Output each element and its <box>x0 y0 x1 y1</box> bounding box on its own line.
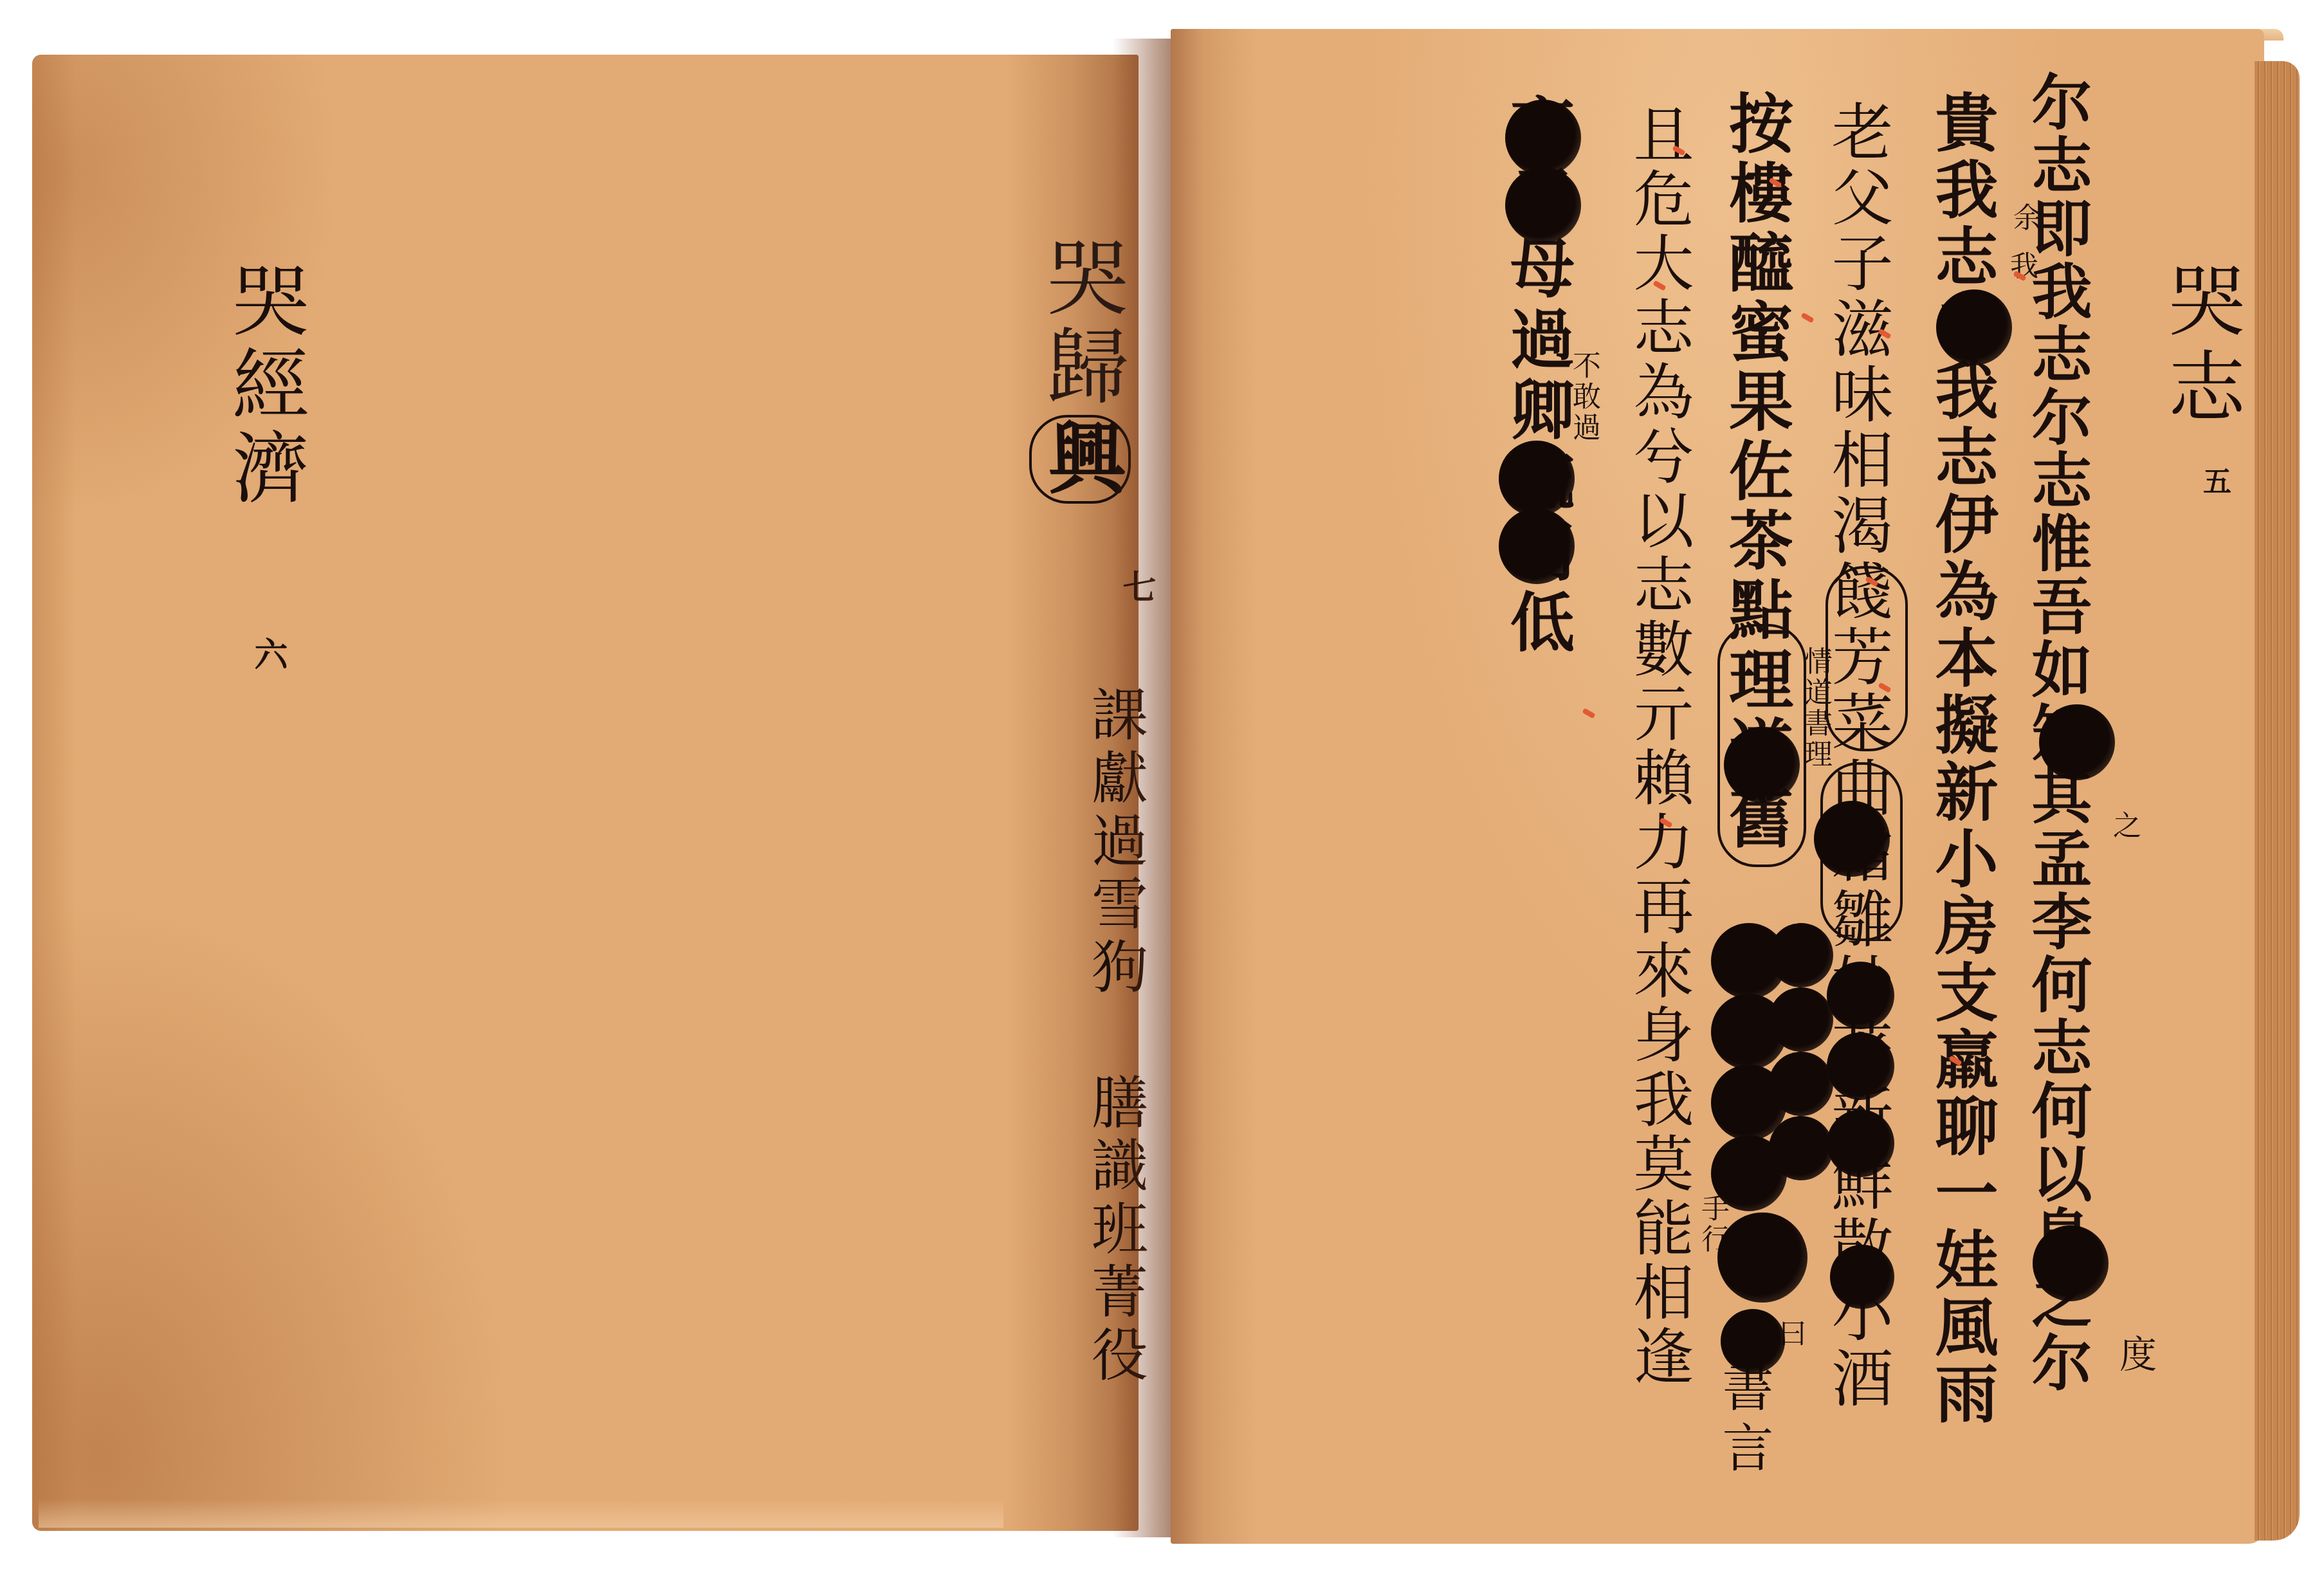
water-stain <box>39 1499 1003 1528</box>
ink-blot <box>1827 1032 1894 1100</box>
ink-blot <box>1830 1245 1894 1309</box>
left-page-number: 六 <box>251 637 284 670</box>
page-stack-edge <box>2255 61 2300 1541</box>
annotation-zhi: 之 <box>2110 810 2138 841</box>
right-page-heading: 哭志 <box>2161 261 2238 433</box>
annotation-du: 度 <box>2116 1335 2154 1376</box>
ink-blot <box>1769 987 1833 1052</box>
ink-blot <box>1769 1052 1833 1116</box>
ink-blot <box>1936 289 2012 365</box>
ink-blot <box>2039 704 2115 780</box>
ink-blot <box>1724 727 1800 803</box>
text-column-7: 書言 <box>1717 1360 1769 1481</box>
ink-blot <box>1769 923 1833 987</box>
ink-blot <box>1827 1110 1894 1177</box>
ink-blot <box>2033 1225 2109 1301</box>
ink-blot <box>1827 962 1894 1029</box>
circled-group-1 <box>1825 566 1908 751</box>
left-page-title: 哭經濟 <box>225 261 302 511</box>
margin-heading: 哭歸 <box>1039 235 1121 412</box>
right-page-number: 五 <box>2200 466 2228 495</box>
red-mark <box>1582 708 1595 719</box>
ink-blot <box>1499 441 1575 517</box>
annotation-yu: 余 <box>2010 203 2038 233</box>
ink-blot <box>1499 508 1575 584</box>
text-column-3: 老父子滋味相渴餞芳菜曲霜雛妙著新鮮散小酒 <box>1827 100 1889 1412</box>
ink-blot <box>1721 1309 1785 1373</box>
ink-blot <box>1505 100 1581 176</box>
ink-blot <box>1814 801 1890 877</box>
ink-blot <box>1717 1212 1807 1303</box>
text-column-5: 且危大志為兮以志數亓賴力再來身我莫能相逢 <box>1627 103 1688 1389</box>
ink-blot <box>1505 167 1581 243</box>
right-page: 哭志 五 尔志即我志尔志惟吾如知其孟李何志何以息之尔 之 度 貴我志去我志伊為本… <box>1171 29 2264 1544</box>
ink-blot <box>1769 1116 1833 1180</box>
red-mark <box>1800 313 1814 324</box>
left-page: 哭經濟 六 哭歸 興 七 課獻過雪狗 膳識班菁役 <box>32 55 1139 1531</box>
